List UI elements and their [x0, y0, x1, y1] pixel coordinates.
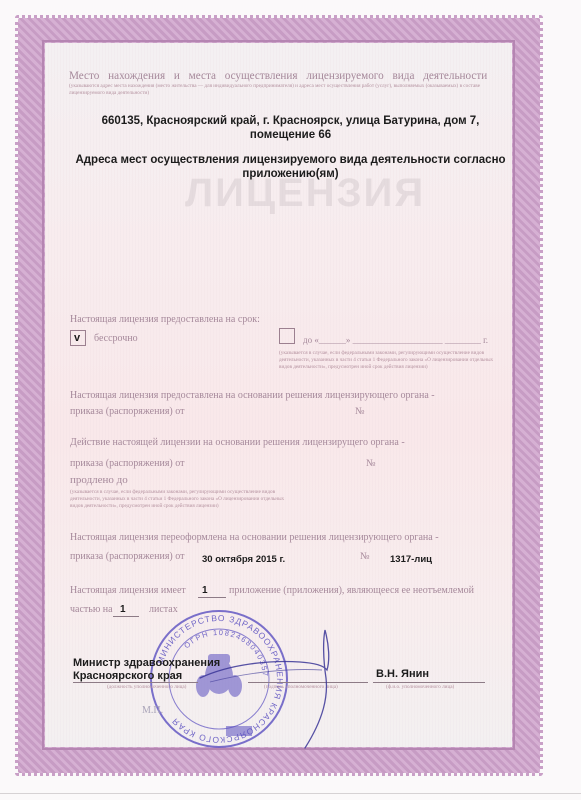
seal-place-label: М.П. [142, 705, 163, 716]
appendix-count: 1 [202, 585, 208, 596]
reissued-order-label: приказа (распоряжения) от [70, 551, 184, 562]
extended-order-label: приказа (распоряжения) от [70, 458, 184, 469]
sheets-count: 1 [120, 604, 126, 615]
appendix-line-1: Адреса мест осуществления лицензируемого… [0, 154, 581, 166]
location-note: (указываются адрес места нахождения (мес… [69, 83, 509, 97]
granted-order-label: приказа (распоряжения) от [70, 406, 184, 417]
handwritten-signature [190, 600, 410, 750]
check-icon: v [74, 332, 80, 344]
location-heading: Место нахождения и места осуществления л… [69, 70, 487, 82]
signer-position-line-2: Красноярского края [73, 670, 182, 682]
reissued-date: 30 октября 2015 г. [202, 554, 285, 565]
appendix-count-suffix: приложение (приложения), являющееся ее н… [229, 585, 474, 596]
reissued-number-sign: № [360, 551, 370, 562]
appendix-count-prefix: Настоящая лицензия имеет [70, 585, 186, 596]
extended-until-note: (указывается в случае, если федеральными… [70, 489, 288, 510]
extended-number-sign: № [366, 458, 376, 469]
address-line-1: 660135, Красноярский край, г. Красноярск… [0, 115, 581, 127]
extended-basis: Действие настоящей лицензии на основании… [70, 437, 405, 448]
sheet-edge [0, 793, 581, 794]
address-line-2: помещение 66 [0, 129, 581, 141]
term-until-label: до «______» ____________________ _______… [303, 335, 488, 345]
reissued-basis: Настоящая лицензия переоформлена на осно… [70, 532, 439, 543]
caption-position: (должность уполномоченного лица) [107, 684, 186, 691]
extended-until-label: продлено до [70, 474, 128, 486]
term-heading: Настоящая лицензия предоставлена на срок… [70, 314, 260, 325]
term-indefinite-label: бессрочно [94, 333, 138, 344]
term-until-checkbox[interactable] [279, 328, 295, 344]
sheets-prefix: частью на [70, 604, 113, 615]
term-indefinite-checkbox[interactable]: v [70, 330, 86, 346]
granted-basis: Настоящая лицензия предоставлена на осно… [70, 390, 435, 401]
reissued-number: 1317-лиц [390, 554, 432, 565]
term-until-note: (указывается в случае, если федеральными… [279, 350, 497, 371]
appendix-line-2: приложению(ям) [0, 168, 581, 180]
granted-number-sign: № [355, 406, 365, 417]
